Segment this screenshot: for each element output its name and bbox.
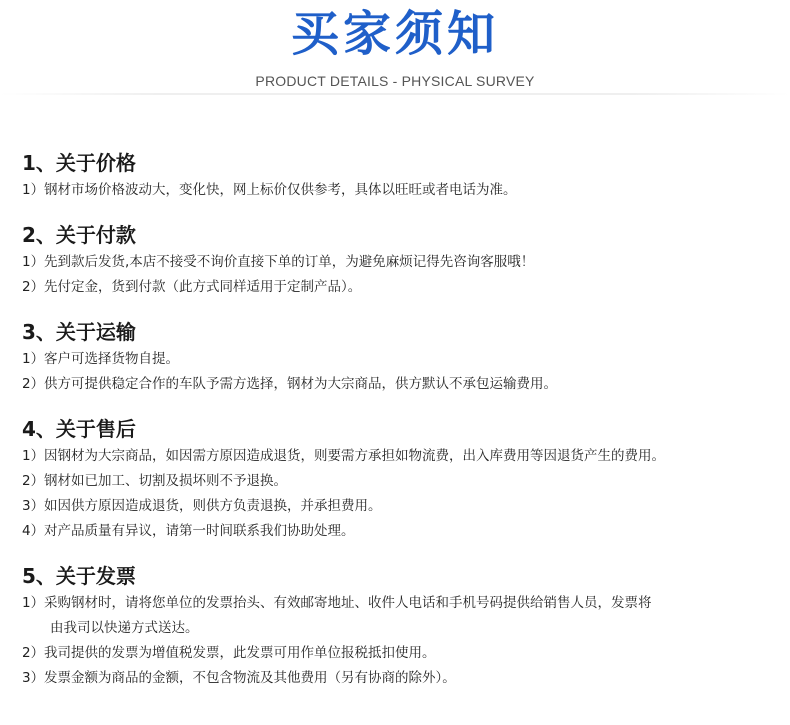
page-title: 买家须知 xyxy=(0,6,790,62)
list-item: 2） 我司提供的发票为增值税发票，此发票可用作单位报税抵扣使用。 xyxy=(22,641,782,666)
item-number: 3） xyxy=(22,494,44,519)
section-invoice: 5、关于发票 1） 采购钢材时，请将您单位的发票抬头、有效邮寄地址、收件人电话和… xyxy=(22,561,782,691)
list-item: 1） 先到款后发货,本店不接受不询价直接下单的订单，为避免麻烦记得先咨询客服哦！ xyxy=(22,250,782,275)
item-text: 先到款后发货,本店不接受不询价直接下单的订单，为避免麻烦记得先咨询客服哦！ xyxy=(44,250,782,275)
list-item: 3） 如因供方原因造成退货，则供方负责退换，并承担费用。 xyxy=(22,494,782,519)
item-number: 2） xyxy=(22,641,44,666)
list-item: 3） 发票金额为商品的金额，不包含物流及其他费用（另有协商的除外）。 xyxy=(22,666,782,691)
item-number: 3） xyxy=(22,666,44,691)
list-item: 1） 客户可选择货物自提。 xyxy=(22,347,782,372)
item-text: 发票金额为商品的金额，不包含物流及其他费用（另有协商的除外）。 xyxy=(44,666,782,691)
item-text: 我司提供的发票为增值税发票，此发票可用作单位报税抵扣使用。 xyxy=(44,641,782,666)
item-text: 供方可提供稳定合作的车队予需方选择，钢材为大宗商品，供方默认不承包运输费用。 xyxy=(44,372,782,397)
notice-content: 1、关于价格 1） 钢材市场价格波动大，变化快，网上标价仅供参考，具体以旺旺或者… xyxy=(22,148,782,708)
item-text: 客户可选择货物自提。 xyxy=(44,347,782,372)
item-number: 1） xyxy=(22,347,44,372)
list-item: 1） 采购钢材时，请将您单位的发票抬头、有效邮寄地址、收件人电话和手机号码提供给… xyxy=(22,591,782,616)
section-heading: 2、关于付款 xyxy=(22,220,782,250)
item-number: 1） xyxy=(22,250,44,275)
item-number: 2） xyxy=(22,469,44,494)
item-number: 1） xyxy=(22,178,44,203)
page-header: 买家须知 PRODUCT DETAILS - PHYSICAL SURVEY xyxy=(0,0,790,96)
section-price: 1、关于价格 1） 钢材市场价格波动大，变化快，网上标价仅供参考，具体以旺旺或者… xyxy=(22,148,782,203)
item-text: 钢材如已加工、切割及损坏则不予退换。 xyxy=(44,469,782,494)
list-item: 2） 供方可提供稳定合作的车队予需方选择，钢材为大宗商品，供方默认不承包运输费用… xyxy=(22,372,782,397)
item-text: 因钢材为大宗商品，如因需方原因造成退货，则要需方承担如物流费，出入库费用等因退货… xyxy=(44,444,782,469)
item-continuation: 由我司以快递方式送达。 xyxy=(22,616,782,641)
item-number: 1） xyxy=(22,444,44,469)
section-after-sales: 4、关于售后 1） 因钢材为大宗商品，如因需方原因造成退货，则要需方承担如物流费… xyxy=(22,414,782,544)
item-number: 4） xyxy=(22,519,44,544)
item-text: 如因供方原因造成退货，则供方负责退换，并承担费用。 xyxy=(44,494,782,519)
section-shipping: 3、关于运输 1） 客户可选择货物自提。 2） 供方可提供稳定合作的车队予需方选… xyxy=(22,317,782,397)
item-number: 2） xyxy=(22,372,44,397)
item-text: 对产品质量有异议，请第一时间联系我们协助处理。 xyxy=(44,519,782,544)
item-text: 钢材市场价格波动大，变化快，网上标价仅供参考，具体以旺旺或者电话为准。 xyxy=(44,178,782,203)
item-text: 采购钢材时，请将您单位的发票抬头、有效邮寄地址、收件人电话和手机号码提供给销售人… xyxy=(44,591,782,616)
list-item: 1） 因钢材为大宗商品，如因需方原因造成退货，则要需方承担如物流费，出入库费用等… xyxy=(22,444,782,469)
header-divider xyxy=(0,93,790,95)
section-heading: 5、关于发票 xyxy=(22,561,782,591)
list-item: 4） 对产品质量有异议，请第一时间联系我们协助处理。 xyxy=(22,519,782,544)
section-heading: 4、关于售后 xyxy=(22,414,782,444)
list-item: 1） 钢材市场价格波动大，变化快，网上标价仅供参考，具体以旺旺或者电话为准。 xyxy=(22,178,782,203)
section-payment: 2、关于付款 1） 先到款后发货,本店不接受不询价直接下单的订单，为避免麻烦记得… xyxy=(22,220,782,300)
list-item: 2） 钢材如已加工、切割及损坏则不予退换。 xyxy=(22,469,782,494)
section-heading: 3、关于运输 xyxy=(22,317,782,347)
section-heading: 1、关于价格 xyxy=(22,148,782,178)
item-number: 1） xyxy=(22,591,44,616)
list-item: 2） 先付定金，货到付款（此方式同样适用于定制产品）。 xyxy=(22,275,782,300)
item-text: 先付定金，货到付款（此方式同样适用于定制产品）。 xyxy=(44,275,782,300)
item-number: 2） xyxy=(22,275,44,300)
page-subtitle: PRODUCT DETAILS - PHYSICAL SURVEY xyxy=(0,72,790,90)
